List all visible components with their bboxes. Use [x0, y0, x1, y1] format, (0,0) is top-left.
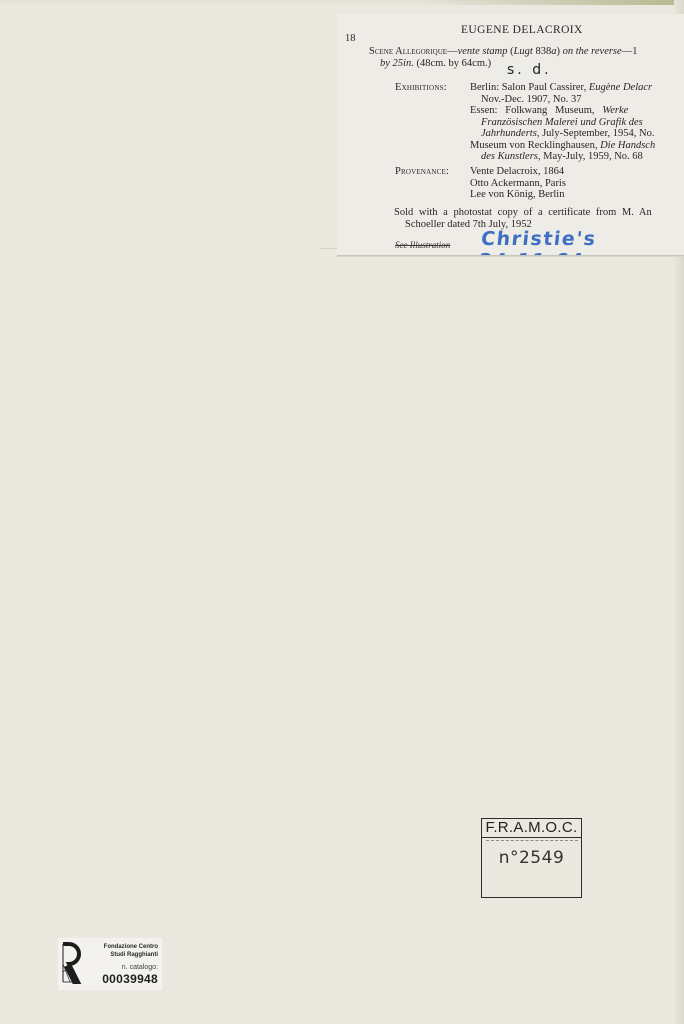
exhibition-entry: Museum von Recklinghausen, Die Handsch d…: [470, 140, 655, 163]
page-edge-topright: [424, 0, 684, 5]
catalog-label: Fondazione Centro Studi Ragghianti n. ca…: [58, 938, 162, 990]
stamp-title: F.R.A.M.O.C.: [482, 818, 581, 838]
exhibitions-list: Berlin: Salon Paul Cassirer, Eugène Dela…: [470, 82, 655, 163]
reverse-text: on the reverse: [560, 46, 622, 57]
provenance-entry: Vente Delacroix, 1864: [470, 166, 566, 178]
exhibition-title: Werke: [602, 105, 628, 116]
org-line2: Studi Ragghianti: [104, 951, 158, 959]
catalog-organization: Fondazione Centro Studi Ragghianti: [104, 943, 158, 959]
dimensions-cm: (48cm. by 64cm.): [414, 58, 491, 69]
provenance-label: Provenance:: [395, 166, 449, 178]
exhibition-entry: Berlin: Salon Paul Cassirer, Eugène Dela…: [470, 82, 655, 105]
provenance-entry: Lee von König, Berlin: [470, 189, 566, 201]
handwritten-note: s. d.: [507, 62, 552, 78]
artwork-title: Scene Allegorique: [369, 46, 447, 57]
exhibition-date-text: , July-September, 1954, No.: [537, 128, 655, 139]
lot-number: 18: [345, 33, 356, 44]
exhibition-title: Die Handsch: [600, 140, 655, 151]
exhibition-title: Eugène Delacr: [589, 82, 652, 93]
stamp-number: n°2549: [482, 848, 581, 868]
ragghianti-logo-icon: [60, 940, 82, 986]
title-trail: —1: [622, 46, 638, 57]
lugt-ref: Lugt: [514, 46, 533, 57]
provenance-entry: Otto Ackermann, Paris: [470, 178, 566, 190]
see-illustration-struck: See Illustration: [395, 240, 450, 250]
sold-note: Sold with a photostat copy of a certific…: [394, 207, 652, 230]
dimensions-in: by 25in.: [380, 58, 414, 69]
sold-note-line1: Sold with a photostat copy of a certific…: [394, 207, 652, 218]
org-line1: Fondazione Centro: [104, 943, 158, 951]
handwritten-sale-note: Christie's 24·11·64: [478, 228, 684, 256]
exhibition-entry: Essen: Folkwang Museum, Werke Französisc…: [470, 105, 655, 140]
catalog-field-label: n. catalogo:: [122, 964, 158, 971]
exhibition-text: Berlin: Salon Paul Cassirer,: [470, 82, 589, 93]
lugt-number: 838: [533, 46, 551, 57]
exhibition-date: Jahrhunderts, July-September, 1954, No.: [470, 128, 655, 140]
stamp-text: vente stamp: [458, 46, 508, 57]
exhibition-date: des Kunstlers, May-July, 1959, No. 68: [470, 151, 655, 163]
title-dash: —: [447, 46, 458, 57]
exhibition-text: Museum von Recklinghausen,: [470, 140, 600, 151]
exhibition-date: Nov.-Dec. 1907, No. 37: [470, 94, 655, 106]
exhibition-date-text: , May-July, 1959, No. 68: [538, 151, 643, 162]
exhibition-text: Essen: Folkwang Museum,: [470, 105, 602, 116]
artist-header: EUGENE DELACROIX: [461, 24, 583, 36]
exhibition-title-end: Jahrhunderts: [481, 128, 537, 139]
provenance-list: Vente Delacroix, 1864 Otto Ackermann, Pa…: [470, 166, 566, 201]
catalog-number: 00039948: [102, 972, 158, 986]
exhibition-title-cont: des Kunstlers: [481, 151, 538, 162]
stamp-divider: [486, 840, 578, 842]
catalogue-clipping: EUGENE DELACROIX 18 Scene Allegorique—ve…: [337, 14, 684, 256]
framoc-stamp: F.R.A.M.O.C. n°2549: [481, 818, 582, 898]
exhibitions-label: Exhibitions:: [395, 82, 447, 94]
exhibition-title-cont: Französischen Malerei und Grafik des: [470, 117, 655, 129]
